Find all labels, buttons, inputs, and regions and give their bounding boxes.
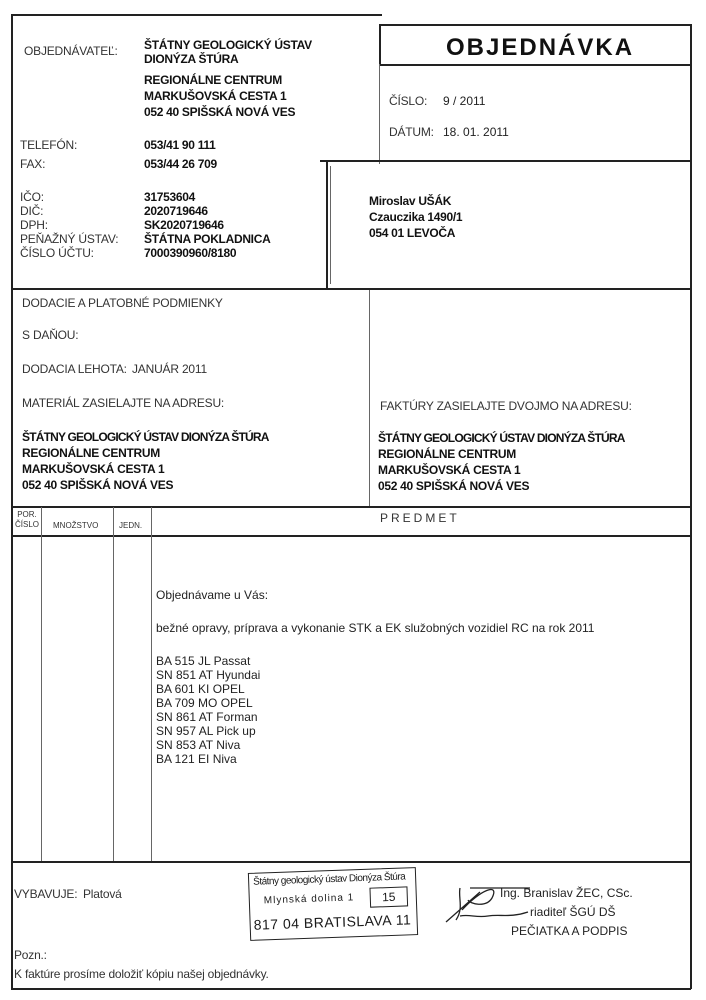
signatory-title: riaditeľ ŠGÚ DŠ xyxy=(530,905,616,919)
vehicle-list: BA 515 JL Passat SN 851 AT Hyundai BA 60… xyxy=(156,654,260,766)
with-tax-label: S DAŇOU: xyxy=(22,328,78,342)
date-value: 18. 01. 2011 xyxy=(443,125,509,139)
ico-label: IČO: xyxy=(20,190,118,204)
address-line: MARKUŠOVSKÁ CESTA 1 xyxy=(378,462,625,478)
address-line: 052 40 SPIŠSKÁ NOVÁ VES xyxy=(22,477,269,493)
vehicle-item: SN 853 AT Niva xyxy=(156,738,260,752)
order-number-value: 9 / 2011 xyxy=(443,94,485,108)
title-box-left xyxy=(379,24,381,64)
material-address-label: MATERIÁL ZASIELAJTE NA ADRESU: xyxy=(22,396,224,410)
date-label: DÁTUM: xyxy=(389,125,434,139)
address-line: 052 40 SPIŠSKÁ NOVÁ VES xyxy=(378,478,625,494)
supplier-box-left xyxy=(326,162,328,288)
document-title: OBJEDNÁVKA xyxy=(446,34,634,62)
material-address: ŠTÁTNY GEOLOGICKÝ ÚSTAV DIONÝZA ŠTÚRA RE… xyxy=(22,429,269,493)
vehicle-item: BA 601 KI OPEL xyxy=(156,682,260,696)
col-divider-1 xyxy=(41,507,42,861)
orderer-line: ŠTÁTNY GEOLOGICKÝ ÚSTAV xyxy=(144,38,312,52)
supplier-box-left-inner xyxy=(330,166,331,284)
frame-top-left xyxy=(12,14,382,16)
col-quantity-header: MNOŽSTVO xyxy=(53,521,98,530)
order-number-label: ČÍSLO: xyxy=(389,94,427,108)
note-text: K faktúre prosíme doložiť kópiu našej ob… xyxy=(14,967,269,981)
supplier-line: 054 01 LEVOČA xyxy=(369,225,462,241)
fax-label: FAX: xyxy=(20,157,45,171)
supplier-line: Miroslav UŠÁK xyxy=(369,193,462,209)
company-id-values: 31753604 2020719646 SK2020719646 ŠTÁTNA … xyxy=(144,190,270,260)
bank-label: PEŇAŽNÝ ÚSTAV: xyxy=(20,232,118,246)
table-bottom xyxy=(12,861,692,863)
items-intro: Objednávame u Vás: xyxy=(156,588,268,602)
stamp-number: 15 xyxy=(369,886,408,907)
stamp-institution: Štátny geologický ústav Dionýza Štúra xyxy=(253,871,405,887)
col-unit-header: JEDN. xyxy=(119,521,142,530)
vehicle-item: BA 709 MO OPEL xyxy=(156,696,260,710)
stamp-city: 817 04 BRATISLAVA 11 xyxy=(253,911,411,932)
note-label: Pozn.: xyxy=(14,948,47,962)
fax-value: 053/44 26 709 xyxy=(144,157,217,171)
address-line: MARKUŠOVSKÁ CESTA 1 xyxy=(22,461,269,477)
delivery-label: DODACIA LEHOTA: xyxy=(22,362,127,376)
phone-value: 053/41 90 111 xyxy=(144,138,216,152)
orderer-line: DIONÝZA ŠTÚRA xyxy=(144,52,312,66)
supplier-address: Miroslav UŠÁK Czauczika 1490/1 054 01 LE… xyxy=(369,193,462,241)
dic-label: DIČ: xyxy=(20,204,118,218)
title-box-bottom xyxy=(380,64,692,66)
orderer-line: 052 40 SPIŠSKÁ NOVÁ VES xyxy=(144,104,295,120)
header-divider xyxy=(379,64,380,164)
signature-label: PEČIATKA A PODPIS xyxy=(511,924,628,938)
col-por-line1: POR. xyxy=(15,510,39,520)
supplier-box-bottom xyxy=(12,288,692,290)
invoice-address: ŠTÁTNY GEOLOGICKÝ ÚSTAV DIONÝZA ŠTÚRA RE… xyxy=(378,430,625,494)
invoice-address-label: FAKTÚRY ZASIELAJTE DVOJMO NA ADRESU: xyxy=(380,399,632,413)
ico-value: 31753604 xyxy=(144,190,270,204)
address-line: REGIONÁLNE CENTRUM xyxy=(22,445,269,461)
handled-by-label: VYBAVUJE: xyxy=(14,887,77,901)
col-divider-2 xyxy=(113,507,114,861)
vehicle-item: BA 121 EI Niva xyxy=(156,752,260,766)
orderer-line: REGIONÁLNE CENTRUM xyxy=(144,72,295,88)
address-line: REGIONÁLNE CENTRUM xyxy=(378,446,625,462)
account-label: ČÍSLO ÚČTU: xyxy=(20,246,118,260)
table-header-bottom xyxy=(12,535,692,537)
stamp-street: Mlynská dolina 1 xyxy=(264,892,355,906)
vehicle-item: SN 957 AL Pick up xyxy=(156,724,260,738)
dph-value: SK2020719646 xyxy=(144,218,270,232)
dic-value: 2020719646 xyxy=(144,204,270,218)
frame-bottom xyxy=(11,988,691,990)
vehicle-item: BA 515 JL Passat xyxy=(156,654,260,668)
frame-left xyxy=(11,14,13,989)
vehicle-item: SN 861 AT Forman xyxy=(156,710,260,724)
address-line: ŠTÁTNY GEOLOGICKÝ ÚSTAV DIONÝZA ŠTÚRA xyxy=(378,430,625,446)
bank-value: ŠTÁTNA POKLADNICA xyxy=(144,232,270,246)
orderer-address: ŠTÁTNY GEOLOGICKÝ ÚSTAV DIONÝZA ŠTÚRA xyxy=(144,38,312,66)
title-box-top xyxy=(380,24,692,26)
delivery-value: JANUÁR 2011 xyxy=(132,362,207,376)
address-line: ŠTÁTNY GEOLOGICKÝ ÚSTAV DIONÝZA ŠTÚRA xyxy=(22,429,269,445)
supplier-line: Czauczika 1490/1 xyxy=(369,209,462,225)
items-description: bežné opravy, príprava a vykonanie STK a… xyxy=(156,621,594,635)
col-divider-3 xyxy=(151,507,152,861)
col-por-header: POR. ČÍSLO xyxy=(15,510,39,530)
terms-heading: DODACIE A PLATOBNÉ PODMIENKY xyxy=(22,296,223,310)
table-header-top xyxy=(12,506,692,508)
col-por-line2: ČÍSLO xyxy=(15,520,39,530)
signatory-name: Ing. Branislav ŽEC, CSc. xyxy=(500,886,633,900)
orderer-line: MARKUŠOVSKÁ CESTA 1 xyxy=(144,88,295,104)
dph-label: DPH: xyxy=(20,218,118,232)
col-subject-header: PREDMET xyxy=(380,511,460,525)
orderer-label: OBJEDNÁVATEĽ: xyxy=(24,44,118,58)
official-stamp: Štátny geologický ústav Dionýza Štúra Ml… xyxy=(248,867,418,941)
company-id-labels: IČO: DIČ: DPH: PEŇAŽNÝ ÚSTAV: ČÍSLO ÚČTU… xyxy=(20,190,118,260)
orderer-address-2: REGIONÁLNE CENTRUM MARKUŠOVSKÁ CESTA 1 0… xyxy=(144,72,295,120)
phone-label: TELEFÓN: xyxy=(20,138,77,152)
handled-by-value: Platová xyxy=(83,887,122,901)
date-box-bottom xyxy=(320,160,692,162)
account-value: 7000390960/8180 xyxy=(144,246,270,260)
address-divider xyxy=(369,290,370,506)
vehicle-item: SN 851 AT Hyundai xyxy=(156,668,260,682)
